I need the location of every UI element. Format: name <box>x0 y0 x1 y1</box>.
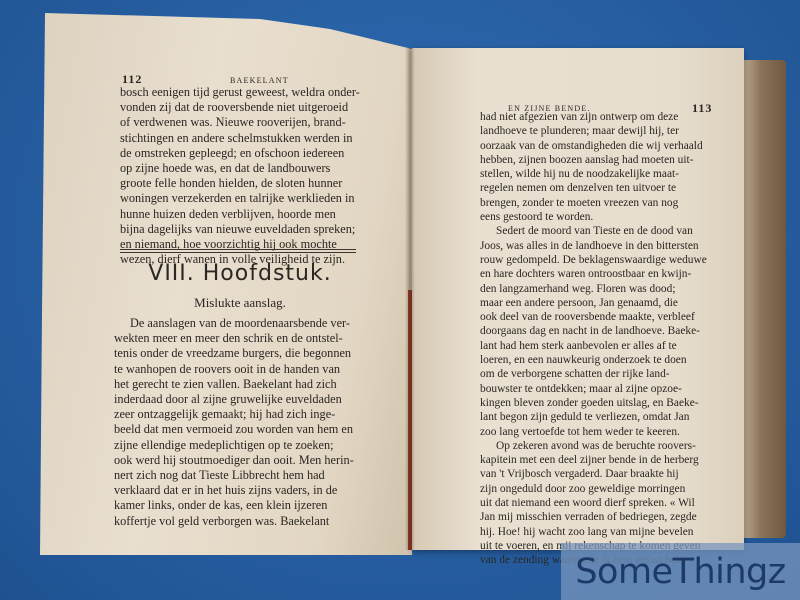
text-line: koffertje vol geld verborgen was. Baekel… <box>114 514 404 529</box>
left-paragraph-bottom: De aanslagen van de moordenaarsbende ver… <box>114 316 404 529</box>
book-page-edges <box>744 60 786 538</box>
text-line: De aanslagen van de moordenaarsbende ver… <box>114 316 404 331</box>
text-line: had niet afgezien van zijn ontwerp om de… <box>480 110 730 124</box>
text-line: bosch eenigen tijd gerust geweest, weldr… <box>120 85 402 100</box>
text-line: zoo lang vertoefde tot hem weder te keer… <box>480 425 730 439</box>
text-line: ook deel van de rooversbende maakte, ver… <box>480 310 730 324</box>
watermark-logo: SomeThingz <box>561 543 800 600</box>
text-line: Jan mij misschien verraden of bedriegen,… <box>480 510 730 524</box>
text-line: den langzamerhand weg. Floren was dood; <box>480 282 730 296</box>
text-line: vonden zij dat de rooversbende niet uitg… <box>120 100 402 115</box>
text-line: Joos, was alles in de landhoeve in den b… <box>480 239 730 253</box>
text-line: hij. Hoe! hij wacht zoo lang van mijne b… <box>480 525 730 539</box>
left-page: 112 BAEKELANT bosch eenigen tijd gerust … <box>40 13 412 555</box>
text-line: nert zich nog dat Tieste Libbrecht hem h… <box>114 468 404 483</box>
text-line: op zijne hoede was, en dat de landbouwer… <box>120 161 402 176</box>
text-line: zeer ontzaggelijk gemaakt; hij had zich … <box>114 407 404 422</box>
text-line: hebben, zijnen boozen aanslag had moeten… <box>480 153 730 167</box>
text-line: regelen nemen om denzelven ten uitvoer t… <box>480 181 730 195</box>
text-line: Op zekeren avond was de beruchte roovers… <box>480 439 730 453</box>
book-gutter-shadow <box>405 48 415 550</box>
left-running-head: BAEKELANT <box>230 76 289 85</box>
right-page: EN ZIJNE BENDE. 113 had niet afgezien va… <box>412 48 744 550</box>
text-line: Sedert de moord van Tieste en de dood va… <box>480 224 730 238</box>
text-line: rouw gedompeld. De beklagenswaardige wed… <box>480 253 730 267</box>
text-line: verklaard dat er in het huis zijns vader… <box>114 483 404 498</box>
text-line: te wanhopen de roovers ooit in de handen… <box>114 362 404 377</box>
text-line: oorzaak van de omstandigheden die wij ve… <box>480 139 730 153</box>
text-line: ook werd hij stoutmoediger dan ooit. Men… <box>114 453 404 468</box>
text-line: de omstreken gepleegd; en ofschoon ieder… <box>120 146 402 161</box>
left-paragraph-top: bosch eenigen tijd gerust geweest, weldr… <box>120 85 402 267</box>
text-line: beeld dat men vermoeid zou worden van he… <box>114 422 404 437</box>
text-line: van 't Vrijbosch vergaderd. Daar braakte… <box>480 467 730 481</box>
text-line: lant begon zijn geduld te verliezen, omd… <box>480 410 730 424</box>
text-line: doorgaans dag en nacht in de landhoeve. … <box>480 324 730 338</box>
chapter-title: VIII. Hoofdstuk. <box>110 261 370 286</box>
chapter-divider-rule <box>120 249 356 253</box>
open-book: 112 BAEKELANT bosch eenigen tijd gerust … <box>0 0 800 600</box>
text-line: hunne huizen deden verblijven, hoorde me… <box>120 207 402 222</box>
text-line: eens gestoord te worden. <box>480 210 730 224</box>
text-line: stichtingen en andere schelmstukken werd… <box>120 131 402 146</box>
text-line: tenis onder de vreedzame burgers, die be… <box>114 346 404 361</box>
text-line: maar een andere persoon, Jan genaamd, di… <box>480 296 730 310</box>
text-line: landhoeve te plunderen; maar dewijl hij,… <box>480 124 730 138</box>
text-line: groote felle honden hielden, de sloten h… <box>120 176 402 191</box>
watermark-text: SomeThingz <box>575 552 785 592</box>
text-line: loeren, en een nauwkeurig onderzoek te d… <box>480 353 730 367</box>
text-line: woningen verzekerden en talrijke werklie… <box>120 191 402 206</box>
text-line: kingen bleven zonder goeden uitslag, en … <box>480 396 730 410</box>
text-line: lant had hem sterk aanbevolen er alles a… <box>480 339 730 353</box>
text-line: kapitein met een deel zijner bende in de… <box>480 453 730 467</box>
text-line: kamer links, onder de kas, een klein ijz… <box>114 498 404 513</box>
text-line: uit dat niemand een woord dierf spreken.… <box>480 496 730 510</box>
text-line: brengen, zonder te moeten vreezen van no… <box>480 196 730 210</box>
text-line: zijne ellendige medeplichtigen op te zoe… <box>114 438 404 453</box>
text-line: wekten meer en meer den schrik en de ont… <box>114 331 404 346</box>
text-line: en hare dochters waren ontroostbaar en k… <box>480 267 730 281</box>
chapter-subtitle: Mislukte aanslag. <box>110 295 370 311</box>
text-line: zijn ongeduld door zoo geweldige morring… <box>480 482 730 496</box>
text-line: inderdaad door al zijne gruwelijke euvel… <box>114 392 404 407</box>
right-paragraphs: had niet afgezien van zijn ontwerp om de… <box>480 110 730 568</box>
text-line: bouwster te ontdekken; maar al zijne opz… <box>480 382 730 396</box>
text-line: of verdwenen was. Nieuwe rooverijen, bra… <box>120 115 402 130</box>
text-line: het gerecht te zien vallen. Baekelant ha… <box>114 377 404 392</box>
text-line: om de verborgene schatten der rijke land… <box>480 367 730 381</box>
text-line: stellen, wilde hij nu de noodzakelijke m… <box>480 167 730 181</box>
text-line: bijna dagelijks van nieuwe euveldaden sp… <box>120 222 402 237</box>
